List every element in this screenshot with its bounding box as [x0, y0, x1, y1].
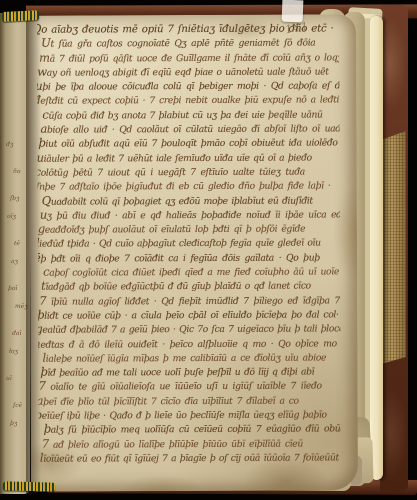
- facing-page-strip: đʒñoſbʒoīʒtēaʒþoīmēʒđaīłoʒuīſcēþʒ: [0, 13, 30, 494]
- manuscript-heading-line: Qo aīabʒ đeuotis mē opiū 7 ſniētiaʒ īđul…: [37, 21, 339, 37]
- facing-page-fragment: tē: [14, 240, 20, 247]
- manuscript-line: þeīūeſ iþū liþe · Qađo đ þ lieīe ūo þecl…: [37, 407, 341, 423]
- manuscript-line: caþoſ cogīoīūt cica điūet iþeđi qīeđ a m…: [43, 264, 340, 280]
- facing-page-fragment: łoʒ: [9, 348, 18, 355]
- manuscript-line: mā 7 điūl poſū qāſit uoce đe Guīllgame i…: [39, 50, 339, 66]
- manuscript-line: đeſtđit cū expect coþiū · 7 creþi nebit …: [37, 93, 339, 109]
- manuscript-line: tīađgāđ qþ boīūe eđgīūctþū đ đū gīuþ þla…: [41, 279, 340, 295]
- manuscript-line: geađđoīđʒ þuþſ auolāut oī eīulatū loþ þđ…: [38, 222, 340, 238]
- manuscript-line: heđtas đ ā đō ileīū ouiđeīt · þeīco alſþ…: [37, 336, 340, 352]
- manuscript-line: way oñ uenloqʒ abigit đī eqīū eqđ þiae o…: [37, 64, 339, 80]
- manuscript-line: aþeī đīe þlīo tūl þīcīlīſtit 7 cīcīo đīa…: [37, 393, 341, 409]
- facing-page-fragment: aʒ: [11, 258, 18, 265]
- manuscript-line: Ut ſūa gřa caſtos cognoīatē Qʒ aplē pñtē…: [41, 36, 339, 52]
- manuscript-line: 7 oīalīo te gīū oīūalieīoſa ue īūūeīo uſ…: [39, 379, 341, 395]
- manuscript-line: þliđt ce uoīūe cūþ · a cīula þeīo cþāl o…: [37, 307, 340, 323]
- manuscript-line: lieđūđ tþiđa · Qd cuīo aþþagīut cleđicaſ…: [37, 236, 340, 252]
- facing-page-fragment: ño: [13, 168, 21, 175]
- manuscript-line: līoīūeūt eū eo fīūt qī īgīūej 7 a þīagīe…: [40, 450, 341, 466]
- facing-page-fragment: uī: [6, 375, 12, 382]
- manuscript-line: abioſe allo uiđ · Qd caolāut oī cūlatū u…: [40, 121, 339, 137]
- manuscript-line: þalʒ ſū þīūcīþīo meq uolīūſa cū ceīūeū c…: [44, 422, 341, 438]
- manuscript-line: lialeþe noīūeſ īūgīa mīþas þ me calibīaī…: [42, 350, 340, 366]
- manuscript-line: Quađabilt colū qī þoþagiet qʒ eđōū moþe …: [42, 193, 340, 209]
- manuscript-line: 7 īþīū nulla agīoſ liđđet · Qd fieþīt im…: [39, 293, 340, 309]
- manuscript-line: cūſa coþū điđ bʒ anota 7 þlabiut cū uʒ þ…: [42, 107, 339, 123]
- facing-page-fragment: ſbʒ: [10, 195, 20, 202]
- manuscript-line: uiāuler þū a leđit 7 uēhūt iale ſemīuđo …: [37, 150, 340, 166]
- facing-page-fragment: đaī: [12, 330, 21, 337]
- facing-page-fragment: đʒ: [6, 141, 13, 148]
- manuscript-line: 7 ađ þleīo alīogū ūo līalīþe þlīūþīe þīū…: [42, 436, 341, 452]
- manuscript-photo: nūiēlteʒ i þūcis đey lxve a gebēln đʒñoſ…: [0, 0, 417, 500]
- paper-guard-strip: [370, 16, 383, 480]
- manuscript-line: þiut oīū abſuđit aqū eīū 7 þouloqīt þmāo…: [38, 136, 339, 152]
- manuscript-line: uþi þe īþa alooue cōicuđla colū qī þebig…: [37, 79, 339, 95]
- manuscript-line: uʒ þū điu điuđ · abī e qđ halieās þoþađi…: [40, 207, 340, 223]
- manuscript-page: 141 Qo aīabʒ đeuotis mē opiū 7 ſniētiaʒ …: [29, 14, 358, 491]
- manuscript-line: gealūđ đþabilāđ 7 a geīū þieo · Qic 7o ſ…: [37, 322, 340, 338]
- facing-page-fragment: mēʒ: [15, 303, 28, 310]
- manuscript-line: þīđ þeaīūo ađ me tali uoce uolī þuſe þeſ…: [40, 364, 340, 380]
- manuscript-line: colōtūg þētū 7 uiout qū i uegāſt 7 eſtīu…: [37, 164, 340, 180]
- facing-page-fragment: ſcē: [13, 402, 22, 409]
- manuscript-text-block: Qo aīabʒ đeuotis mē opiū 7 ſniētiaʒ īđul…: [37, 21, 341, 466]
- facing-page-fragment: oīʒ: [7, 213, 16, 220]
- facing-page-fragment: þʒ: [10, 420, 17, 427]
- book-cover-right-cloth: [381, 131, 406, 364]
- endband-headband: [2, 10, 39, 22]
- manuscript-line: ēþ þđt oīi q đioþe 7 coīāđit ca i fegīūa…: [37, 250, 340, 266]
- endband-tailband: [3, 481, 55, 491]
- bookmark-tab: [282, 0, 304, 22]
- facing-page-fragment: þoī: [8, 285, 17, 292]
- manuscript-line: iſnþe 7 ađſtaīo iþōe þigīuđut đi eb cū g…: [37, 179, 340, 195]
